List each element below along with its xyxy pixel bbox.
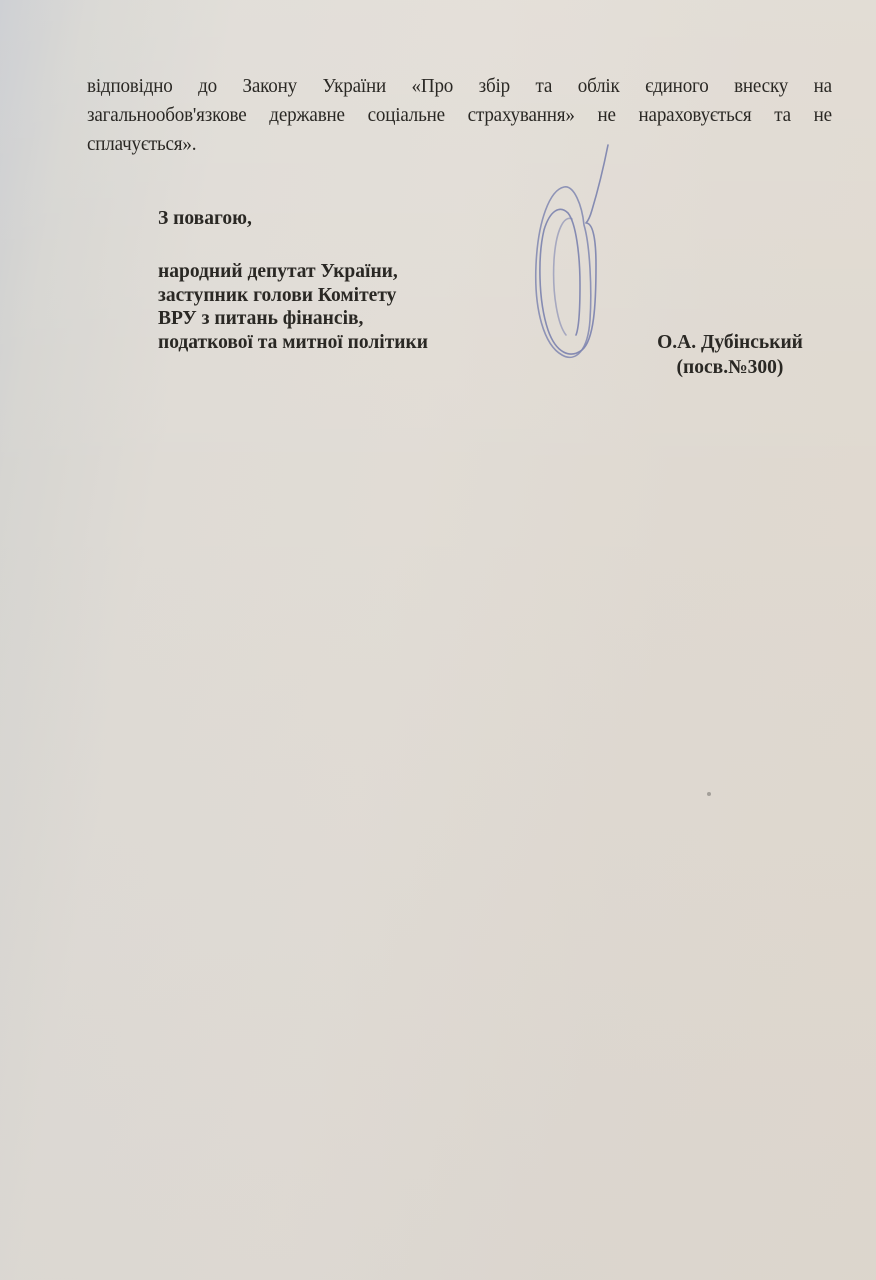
handwritten-signature-icon xyxy=(520,135,630,370)
signer-title: народний депутат України, заступник голо… xyxy=(158,260,428,354)
signer-title-line: заступник голови Комітету xyxy=(158,284,428,308)
signer-name-block: О.А. Дубінський (посв.№300) xyxy=(630,330,830,380)
signer-title-line: ВРУ з питань фінансів, xyxy=(158,307,428,331)
body-paragraph: відповідно до Закону України «Про збір т… xyxy=(87,72,832,159)
paragraph-line: відповідно до Закону України «Про збір т… xyxy=(87,72,832,101)
closing-salutation: З повагою, xyxy=(158,208,252,230)
paper-speck xyxy=(707,792,711,796)
paragraph-line: сплачується». xyxy=(87,130,832,159)
signer-title-line: народний депутат України, xyxy=(158,260,428,284)
signer-title-line: податкової та митної політики xyxy=(158,331,428,355)
signer-name: О.А. Дубінський xyxy=(630,330,830,355)
paper-shading xyxy=(0,0,876,1280)
paragraph-line: загальнообов'язкове державне соціальне с… xyxy=(87,101,832,130)
signer-id: (посв.№300) xyxy=(630,355,830,380)
